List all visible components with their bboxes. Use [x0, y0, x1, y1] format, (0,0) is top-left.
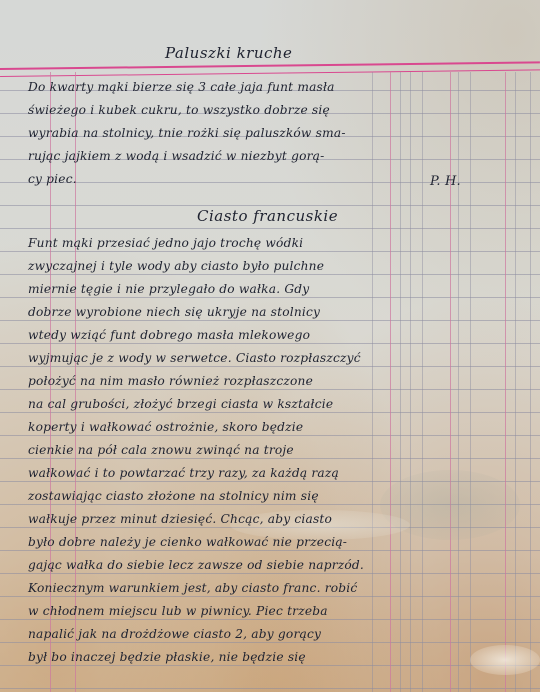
- column-line: [400, 72, 401, 692]
- column-line: [530, 72, 531, 692]
- recipe-line: zostawiając ciasto złożone na stolnicy n…: [28, 489, 319, 503]
- recipe-line: Koniecznym warunkiem jest, aby ciasto fr…: [28, 581, 357, 595]
- column-line: [458, 72, 459, 692]
- column-line: [410, 72, 411, 692]
- column-line: [422, 72, 423, 692]
- column-line: [505, 72, 506, 692]
- column-line: [470, 72, 471, 692]
- top-margin-rule: [0, 61, 540, 77]
- water-stain: [380, 470, 520, 540]
- recipe-line: położyć na nim masło również rozpłaszczo…: [28, 374, 313, 388]
- recipe-line: Funt mąki przesiać jedno jajo trochę wód…: [28, 236, 303, 250]
- recipe-line: wyrabia na stolnicy, tnie rożki się palu…: [28, 126, 346, 140]
- recipe-line: w chłodnem miejscu lub w piwnicy. Piec t…: [28, 604, 328, 618]
- recipe-line: koperty i wałkować ostrożnie, skoro będz…: [28, 420, 303, 434]
- recipe-title: Paluszki kruche: [165, 44, 292, 62]
- recipe-title: Ciasto francuskie: [197, 207, 338, 225]
- recipe-line: dobrze wyrobione niech się ukryje na sto…: [28, 305, 320, 319]
- column-line: [450, 72, 451, 692]
- recipe-line: miernie tęgie i nie przylegało do wałka.…: [28, 282, 309, 296]
- recipe-line: napalić jak na drożdżowe ciasto 2, aby g…: [28, 627, 321, 641]
- recipe-line: wałkować i to powtarzać trzy razy, za ka…: [28, 466, 339, 480]
- recipe-line: rując jajkiem z wodą i wsadzić w niezbyt…: [28, 149, 324, 163]
- recipe-line: zwyczajnej i tyle wody aby ciasto było p…: [28, 259, 324, 273]
- recipe-line: był bo inaczej będzie płaskie, nie będzi…: [28, 650, 306, 664]
- recipe-line: cienkie na pół cala znowu zwinąć na troj…: [28, 443, 294, 457]
- column-line: [390, 72, 391, 692]
- recipe-line: było dobre należy je cienko wałkować nie…: [28, 535, 347, 549]
- handwritten-page: Paluszki kruche Do kwarty mąki bierze si…: [0, 0, 540, 692]
- recipe-line: cy piec.: [28, 172, 77, 186]
- recipe-line: Do kwarty mąki bierze się 3 całe jaja fu…: [28, 80, 335, 94]
- recipe-line: świeżego i kubek cukru, to wszystko dobr…: [28, 103, 330, 117]
- column-line: [372, 72, 373, 692]
- recipe-line: gając wałka do siebie lecz zawsze od sie…: [28, 558, 364, 572]
- paper-damage: [470, 645, 540, 675]
- recipe-line: wtedy wziąć funt dobrego masła mlekowego: [28, 328, 310, 342]
- signature: P. H.: [430, 174, 461, 189]
- recipe-line: wyjmując je z wody w serwetce. Ciasto ro…: [28, 351, 361, 365]
- recipe-line: wałkuje przez minut dziesięć. Chcąc, aby…: [28, 512, 332, 526]
- column-line: [515, 72, 516, 692]
- recipe-line: na cal grubości, złożyć brzegi ciasta w …: [28, 397, 333, 411]
